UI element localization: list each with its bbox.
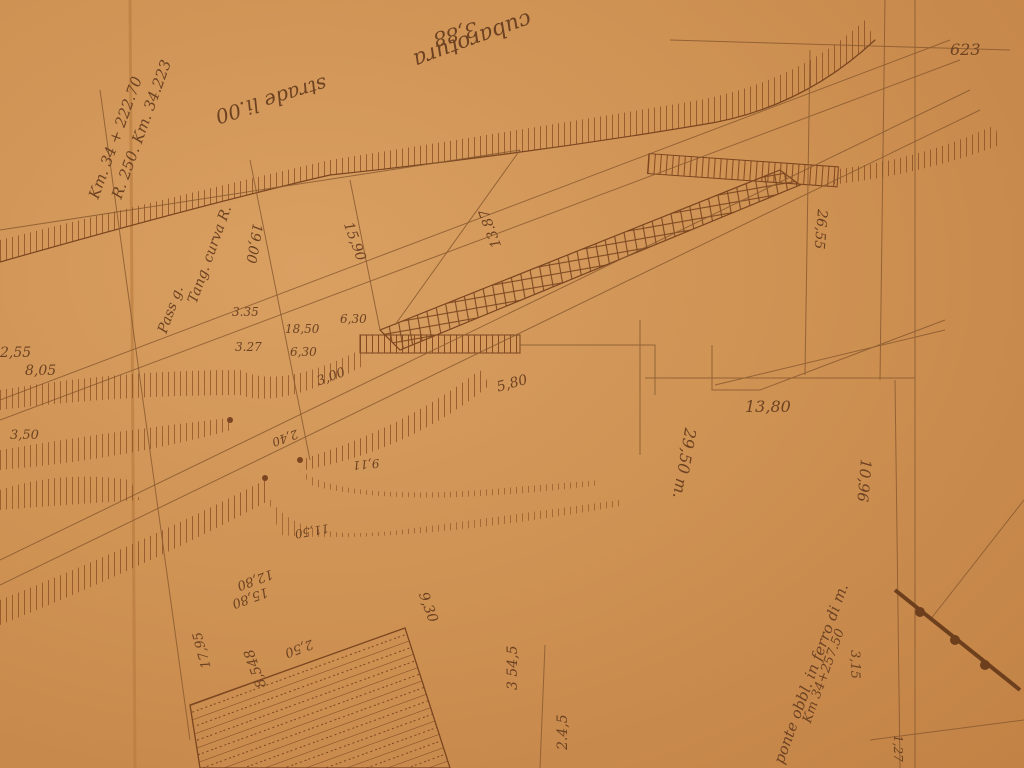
embankment-left-1	[0, 350, 365, 410]
drawing-sheet: Km. 34 + 222.70 R. 250. Km. 34.223 Tang.…	[0, 0, 1024, 768]
dim-6-30b: 6,30	[290, 345, 317, 359]
embankment-left-2	[0, 418, 232, 470]
hatched-parcel	[190, 628, 450, 768]
embankment-left-3	[0, 477, 140, 510]
dim-6-30a: 6,30	[340, 312, 367, 326]
dim-8-05: 8,05	[25, 363, 56, 379]
dim-9-11: 9,11	[352, 456, 380, 472]
dim-3-54-5: 3 54,5	[505, 645, 521, 690]
bridge-abutment-top	[648, 154, 839, 187]
bridge-abutment-bottom	[360, 335, 520, 353]
bridge-deck	[380, 170, 800, 350]
dim-13-80: 13,80	[745, 397, 791, 416]
dim-1-27: 1,27	[891, 735, 905, 762]
dim-18-50: 18,50	[285, 322, 319, 336]
dim-2-55: 2,55	[0, 345, 31, 361]
dim-3-50: 3,50	[10, 428, 39, 443]
dim-2-45: 2.4,5	[555, 714, 571, 750]
dim-3-27: 3.27	[235, 340, 262, 354]
dim-10-96: 10,96	[853, 458, 875, 502]
top-right-value: 623	[950, 40, 981, 59]
embankment-curve-1	[300, 470, 600, 498]
dim-3-35: 3.35	[232, 305, 259, 319]
chain-element	[895, 590, 1020, 690]
dim-3-15: 3,15	[847, 650, 862, 679]
